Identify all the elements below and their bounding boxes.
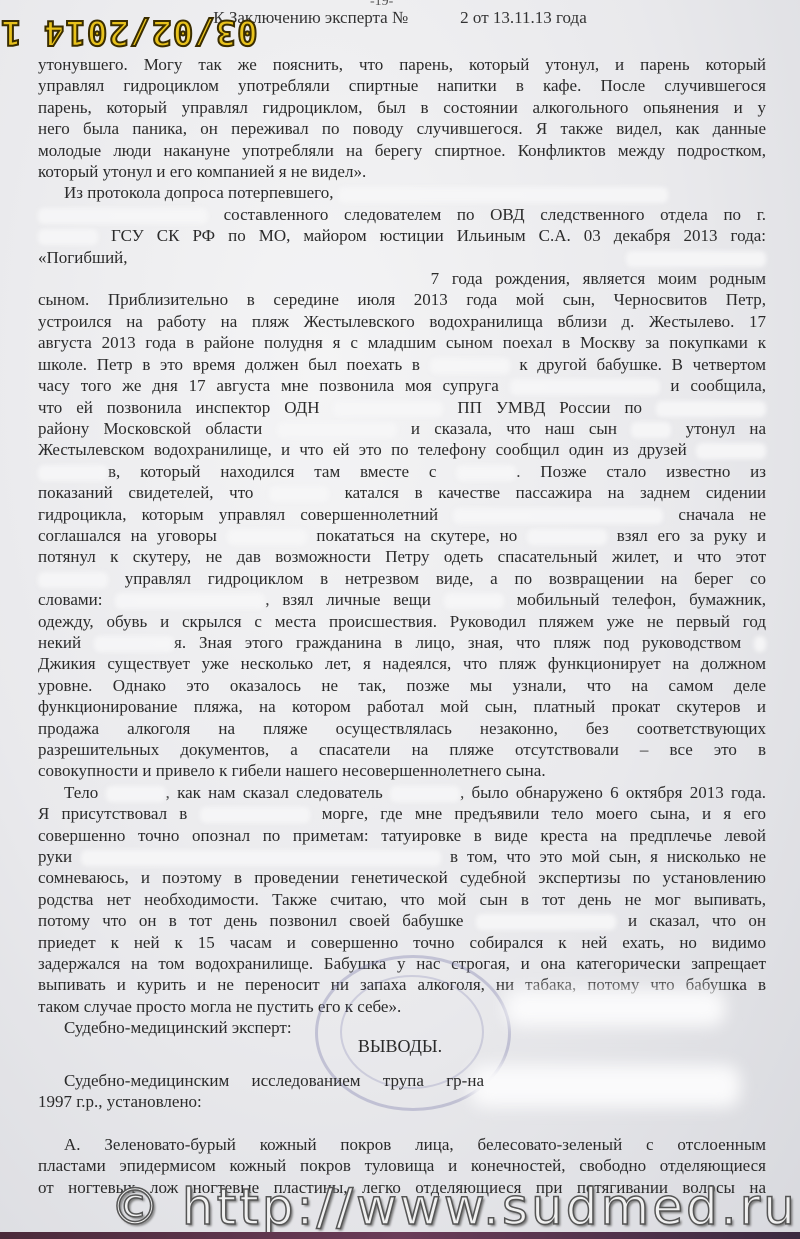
redacted-block xyxy=(38,465,108,481)
text-line: функционирование пляжа, на котором работ… xyxy=(38,696,766,717)
text-line: сомневаюсь, и поэтому в проведении генет… xyxy=(38,867,766,888)
text-line: Из протокола допроса потерпевшего, xyxy=(38,182,766,203)
text-line: уровне. Однако это оказалось не так, поз… xyxy=(38,675,766,696)
text-line: школе. Петр в это время должен был поеха… xyxy=(38,354,766,375)
section-title-conclusions: ВЫВОДЫ. xyxy=(0,1036,800,1057)
redacted-block xyxy=(106,786,166,802)
redacted-block xyxy=(277,422,397,438)
redacted-block xyxy=(227,529,307,545)
text-line: ГСУ СК РФ по МО, майором юстиции Ильиным… xyxy=(38,225,766,246)
redacted-block xyxy=(200,807,310,823)
text-line: некий я. Зная этого гражданина в лицо, з… xyxy=(38,632,766,653)
text-line: продажа алкоголя на пляже осуществлялась… xyxy=(38,718,766,739)
redacted-signature xyxy=(505,990,725,1026)
text-line: пластами эпидермисом кожный покров тулов… xyxy=(38,1155,766,1176)
text-line: показаний свидетелей, что катался в каче… xyxy=(38,482,766,503)
text-line: управлял гидроциклом в нетрезвом виде, а… xyxy=(38,568,766,589)
spacer xyxy=(38,1113,766,1134)
text-line: приедет к ней к 15 часам и совершенно то… xyxy=(38,932,766,953)
text-line: Жестылевском водохранилище, и что ей это… xyxy=(38,439,766,460)
text-line: Судебно-медицинским исследованием трупа … xyxy=(38,1070,484,1091)
photo-bottom-edge xyxy=(0,1232,800,1239)
redacted-block xyxy=(115,593,265,609)
redacted-block xyxy=(430,358,510,374)
text-line: сыном. Приблизительно в середине июля 20… xyxy=(38,289,766,310)
text-line: утонувшего. Могу так же пояснить, что па… xyxy=(38,54,766,75)
redacted-block xyxy=(38,208,208,224)
date-stamp-overlay: 03/02/2014 1 xyxy=(0,12,260,52)
text-line: в, который находился там вместе с . Позж… xyxy=(38,461,766,482)
redacted-block xyxy=(696,443,766,459)
text-line: потянул к скутеру, не дав возможности Пе… xyxy=(38,546,766,567)
redacted-block xyxy=(631,422,671,438)
text-line: управлял гидроциклом употребляли спиртны… xyxy=(38,75,766,96)
text-line: А. Зеленовато-бурый кожный покров лица, … xyxy=(38,1134,766,1155)
redacted-block xyxy=(476,914,616,930)
redacted-block xyxy=(338,187,668,203)
text-line: району Московской области и сказала, что… xyxy=(38,418,766,439)
text-line: молодые люди накануне употребляли на бер… xyxy=(38,140,766,161)
redacted-block xyxy=(510,379,660,395)
text-line: руки в том, что это мой сын, я нисколько… xyxy=(38,846,766,867)
text-line: что ей позвонила инспектор ОДН ПП УМВД Р… xyxy=(38,397,766,418)
redacted-block xyxy=(754,636,766,652)
text-line: одежду, обувь и скрылся с места происшес… xyxy=(38,611,766,632)
text-line: часу того же дня 17 августа мне позвонил… xyxy=(38,375,766,396)
text-line: гидроцикла, которым управлял совершеннол… xyxy=(38,504,766,525)
redacted-block xyxy=(333,401,443,417)
text-line: парень, который управлял гидроциклом, бы… xyxy=(38,97,766,118)
text-line: 1997 г.р., установлено: xyxy=(38,1091,766,1112)
text-line: совокупности и привело к гибели нашего н… xyxy=(38,760,766,781)
redacted-block xyxy=(269,486,329,502)
text-line: Тело , как нам сказал следователь , было… xyxy=(38,782,766,803)
text-line: составленного следователем по ОВД следст… xyxy=(38,204,766,225)
redacted-block xyxy=(81,850,441,866)
redacted-block xyxy=(94,636,174,652)
document-page: -19- К Заключению эксперта №2 от 13.11.1… xyxy=(0,0,800,1239)
redacted-block xyxy=(456,465,516,481)
redacted-block xyxy=(626,251,766,267)
text-line: «Погибший, xyxy=(38,247,766,268)
redacted-block xyxy=(390,786,460,802)
text-line: совершенно точно опознал по приметам: та… xyxy=(38,825,766,846)
redacted-block xyxy=(527,529,607,545)
redacted-block xyxy=(444,593,504,609)
text-line: соглашался на уговоры покататься на скут… xyxy=(38,525,766,546)
redacted-block xyxy=(656,401,766,417)
document-body: утонувшего. Могу так же пояснить, что па… xyxy=(38,54,766,1039)
text-line: устроился на работу на пляж Жестылевског… xyxy=(38,311,766,332)
text-line: Джикия существует уже несколько лет, я н… xyxy=(38,653,766,674)
text-line: него была паника, он переживал по поводу… xyxy=(38,118,766,139)
text-line: августа 2013 года в районе полудня я с м… xyxy=(38,332,766,353)
text-line: 7 года рождения, является моим родным xyxy=(38,268,766,289)
redacted-block xyxy=(453,508,663,524)
text-line: потому что он в тот день позвонил своей … xyxy=(38,910,766,931)
heading-suffix: 2 от 13.11.13 года xyxy=(460,8,587,27)
text-line: родства нет необходимости. Также считаю,… xyxy=(38,889,766,910)
redacted-block xyxy=(38,572,108,588)
text-line: Я присутствовал в морге, где мне предъяв… xyxy=(38,803,766,824)
text-line: который утонул и его компанией я не виде… xyxy=(38,161,766,182)
copyright-watermark: © http://www.sudmed.ru xyxy=(110,1178,800,1236)
text-line: словами: , взял личные вещи мобильный те… xyxy=(38,589,766,610)
text-line: разрешительных документов, а спасатели н… xyxy=(38,739,766,760)
redacted-block xyxy=(38,229,98,245)
